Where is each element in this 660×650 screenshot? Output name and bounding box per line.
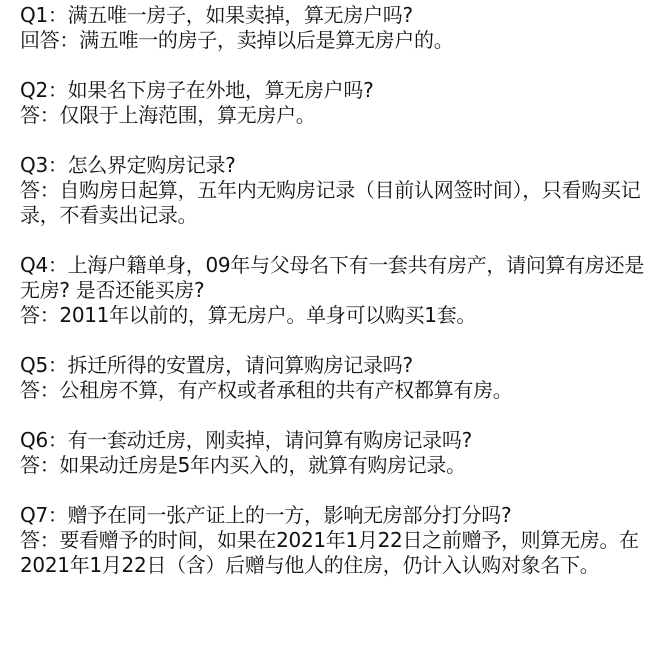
faq-item-q2: Q2：如果名下房子在外地，算无房户吗? 答：仅限于上海范围，算无房户。 <box>20 78 645 128</box>
faq-item-q7: Q7：赠予在同一张产证上的一方，影响无房部分打分吗? 答：要看赠予的时间，如果在… <box>20 503 645 578</box>
faq-question: Q6：有一套动迁房，刚卖掉，请问算有购房记录吗? <box>20 428 645 453</box>
faq-answer: 答：2011年以前的，算无房户。单身可以购买1套。 <box>20 303 645 328</box>
faq-item-q5: Q5：拆迁所得的安置房，请问算购房记录吗? 答：公租房不算，有产权或者承租的共有… <box>20 353 645 403</box>
faq-answer: 答：仅限于上海范围，算无房户。 <box>20 103 645 128</box>
faq-item-q1: Q1：满五唯一房子，如果卖掉，算无房户吗? 回答：满五唯一的房子，卖掉以后是算无… <box>20 3 645 53</box>
faq-answer: 答：自购房日起算，五年内无购房记录（目前认网签时间），只看购买记录，不看卖出记录… <box>20 178 645 228</box>
faq-question: Q3：怎么界定购房记录? <box>20 153 645 178</box>
faq-answer: 答：要看赠予的时间，如果在2021年1月22日之前赠予，则算无房。在2021年1… <box>20 528 645 578</box>
faq-answer: 答：如果动迁房是5年内买入的，就算有购房记录。 <box>20 453 645 478</box>
faq-document: Q1：满五唯一房子，如果卖掉，算无房户吗? 回答：满五唯一的房子，卖掉以后是算无… <box>20 3 645 603</box>
faq-item-q3: Q3：怎么界定购房记录? 答：自购房日起算，五年内无购房记录（目前认网签时间），… <box>20 153 645 228</box>
faq-question: Q1：满五唯一房子，如果卖掉，算无房户吗? <box>20 3 645 28</box>
faq-item-q6: Q6：有一套动迁房，刚卖掉，请问算有购房记录吗? 答：如果动迁房是5年内买入的，… <box>20 428 645 478</box>
faq-question: Q5：拆迁所得的安置房，请问算购房记录吗? <box>20 353 645 378</box>
faq-answer: 回答：满五唯一的房子，卖掉以后是算无房户的。 <box>20 28 645 53</box>
faq-question: Q7：赠予在同一张产证上的一方，影响无房部分打分吗? <box>20 503 645 528</box>
faq-answer: 答：公租房不算，有产权或者承租的共有产权都算有房。 <box>20 378 645 403</box>
faq-question: Q2：如果名下房子在外地，算无房户吗? <box>20 78 645 103</box>
faq-question: Q4：上海户籍单身，09年与父母名下有一套共有房产，请问算有房还是无房? 是否还… <box>20 253 645 303</box>
faq-item-q4: Q4：上海户籍单身，09年与父母名下有一套共有房产，请问算有房还是无房? 是否还… <box>20 253 645 328</box>
